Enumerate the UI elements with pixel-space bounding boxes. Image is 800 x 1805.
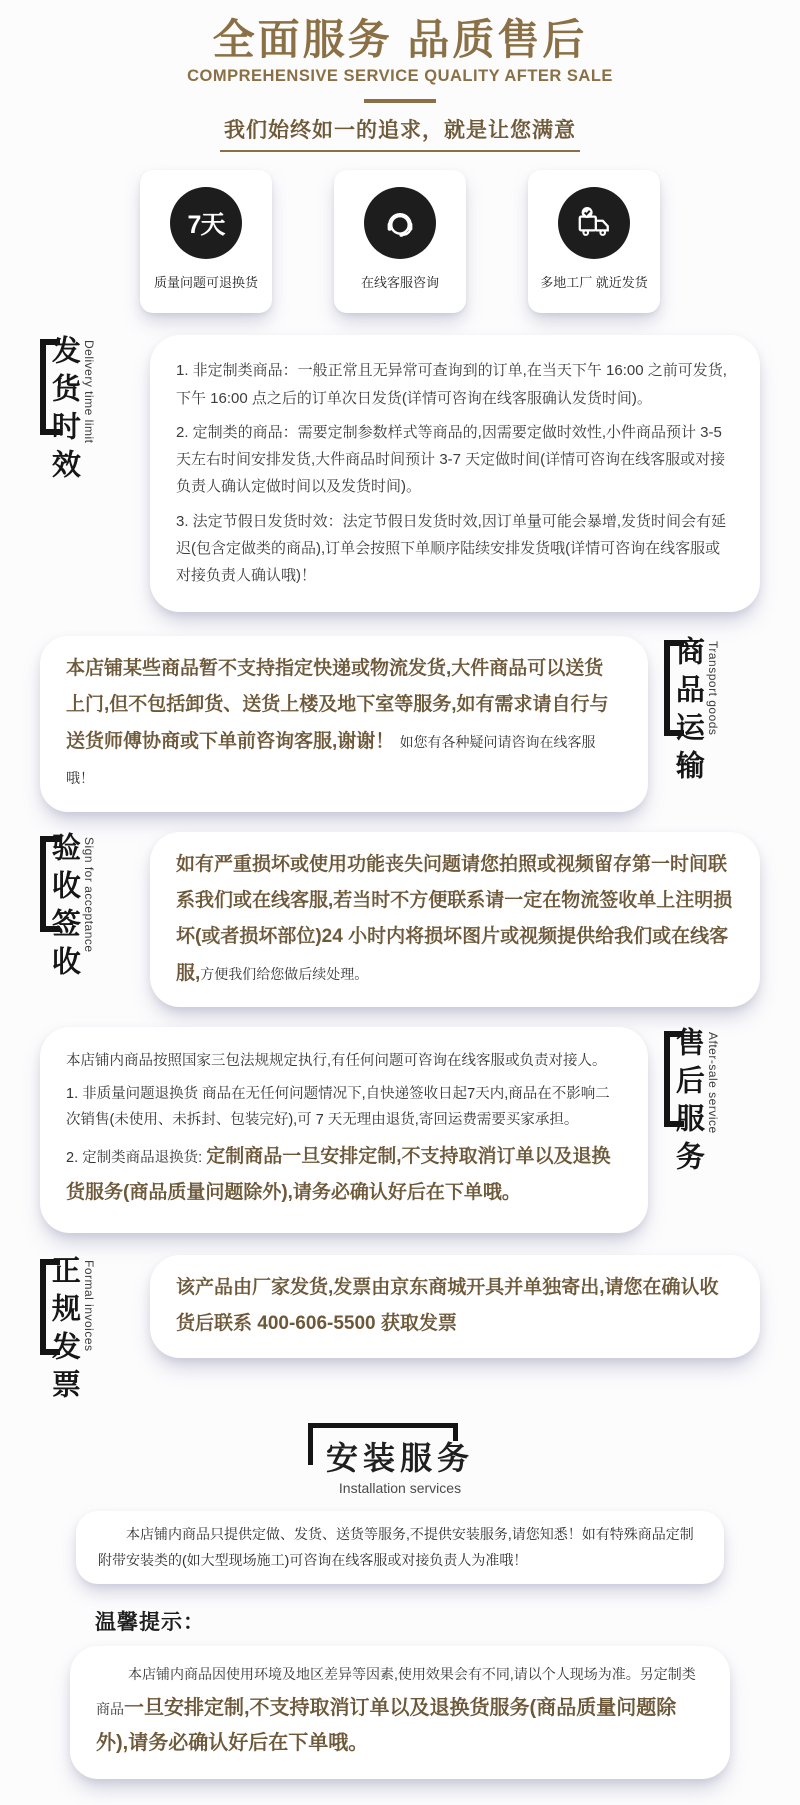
acceptance-bold-text: 如有严重损坏或使用功能丧失问题请您拍照或视频留存第一时间联系我们或在线客服,若当… <box>176 854 732 984</box>
section-aftersale: 本店铺内商品按照国家三包法规规定执行,有任何问题可咨询在线客服或负责对接人。 1… <box>0 1027 800 1232</box>
acceptance-card: 如有严重损坏或使用功能丧失问题请您拍照或视频留存第一时间联系我们或在线客服,若当… <box>150 832 760 1008</box>
acceptance-text: 如有严重损坏或使用功能丧失问题请您拍照或视频留存第一时间联系我们或在线客服,若当… <box>176 847 734 993</box>
section-title-en: Sign for acceptance <box>82 837 96 984</box>
transport-card: 本店铺某些商品暂不支持指定快递或物流发货,大件商品可以送货上门,但不包括卸货、送… <box>40 636 648 812</box>
section-acceptance: 验收签收 Sign for acceptance 如有严重损坏或使用功能丧失问题… <box>0 832 800 1008</box>
invoice-card: 该产品由厂家发货,发票由京东商城开具并单独寄出,请您在确认收货后联系 400-6… <box>150 1255 760 1358</box>
section-delivery-time: 发货时效 Delivery time limit 1. 非定制类商品：一般正常且… <box>0 335 800 611</box>
notice-card: 本店铺内商品因使用环境及地区差异等因素,使用效果会有不同,请以个人现场为准。另定… <box>70 1646 730 1778</box>
feature-cards: 7天 质量问题可退换货 在线客服咨询 <box>0 170 800 313</box>
section-title-invoice: 正规发票 Formal invoices <box>40 1255 136 1407</box>
section-title-cn: 正规发票 <box>47 1255 79 1407</box>
section-title-cn: 售后服务 <box>671 1027 703 1179</box>
invoice-text: 该产品由厂家发货,发票由京东商城开具并单独寄出,请您在确认收货后联系 400-6… <box>176 1270 734 1343</box>
installation-card: 本店铺内商品只提供定做、发货、送货等服务,不提供安装服务,请您知悉！如有特殊商品… <box>76 1511 724 1585</box>
section-title-cn: 验收签收 <box>47 832 79 984</box>
section-invoice: 正规发票 Formal invoices 该产品由厂家发货,发票由京东商城开具并… <box>0 1255 800 1407</box>
feature-label: 质量问题可退换货 <box>140 272 272 291</box>
gold-divider <box>364 99 436 103</box>
aftersale-p3-label: 2. 定制类商品退换货: <box>66 1150 206 1166</box>
section-title-delivery: 发货时效 Delivery time limit <box>40 335 136 487</box>
section-title-acceptance: 验收签收 Sign for acceptance <box>40 832 136 984</box>
section-title-en: After-sale service <box>706 1032 720 1179</box>
section-title-cn: 发货时效 <box>47 335 79 487</box>
notice-text: 本店铺内商品因使用环境及地区差异等因素,使用效果会有不同,请以个人现场为准。另定… <box>96 1660 704 1760</box>
transport-text: 本店铺某些商品暂不支持指定快递或物流发货,大件商品可以送货上门,但不包括卸货、送… <box>66 651 622 797</box>
truck-icon <box>558 187 630 259</box>
delivery-paragraph-1: 1. 非定制类商品：一般正常且无异常可查询到的订单,在当天下午 16:00 之前… <box>176 357 734 412</box>
delivery-card: 1. 非定制类商品：一般正常且无异常可查询到的订单,在当天下午 16:00 之前… <box>150 335 760 611</box>
delivery-paragraph-3: 3. 法定节假日发货时效：法定节假日发货时效,因订单量可能会暴增,发货时间会有延… <box>176 508 734 590</box>
section-title-transport: 商品运输 Transport goods <box>664 636 760 788</box>
section-title-cn: 商品运输 <box>671 636 703 788</box>
installation-text: 本店铺内商品只提供定做、发货、送货等服务,不提供安装服务,请您知悉！如有特殊商品… <box>98 1522 702 1574</box>
feature-card-return: 7天 质量问题可退换货 <box>140 170 272 313</box>
seven-days-text: 7天 <box>188 205 225 241</box>
installation-title-en: Installation services <box>0 1480 800 1496</box>
section-title-aftersale: 售后服务 After-sale service <box>664 1027 760 1179</box>
page-subtitle: COMPREHENSIVE SERVICE QUALITY AFTER SALE <box>0 67 800 86</box>
delivery-paragraph-2: 2. 定制类的商品：需要定制参数样式等商品的,因需要定做时效性,小件商品预计 3… <box>176 419 734 501</box>
service-promo-page: 全面服务 品质售后 COMPREHENSIVE SERVICE QUALITY … <box>0 0 800 1779</box>
feature-label: 多地工厂 就近发货 <box>528 272 660 291</box>
section-title-en: Delivery time limit <box>82 340 96 487</box>
seven-days-icon: 7天 <box>170 187 242 259</box>
headset-icon <box>364 187 436 259</box>
feature-label: 在线客服咨询 <box>334 272 466 291</box>
acceptance-note: 方便我们给您做后续处理。 <box>200 966 368 982</box>
installation-title-cn: 安装服务 <box>326 1433 474 1479</box>
feature-card-service: 在线客服咨询 <box>334 170 466 313</box>
installation-heading: 安装服务 Installation services <box>0 1427 800 1496</box>
section-title-en: Transport goods <box>706 641 720 788</box>
section-title-en: Formal invoices <box>82 1260 96 1407</box>
notice-heading: 温馨提示： <box>95 1606 800 1636</box>
feature-card-shipping: 多地工厂 就近发货 <box>528 170 660 313</box>
aftersale-paragraph-3: 2. 定制类商品退换货: 定制商品一旦安排定制,不支持取消订单以及退换货服务(商… <box>66 1139 622 1212</box>
aftersale-paragraph-1: 本店铺内商品按照国家三包法规规定执行,有任何问题可咨询在线客服或负责对接人。 <box>66 1048 622 1074</box>
section-transport: 本店铺某些商品暂不支持指定快递或物流发货,大件商品可以送货上门,但不包括卸货、送… <box>0 636 800 812</box>
notice-bold-text: 一旦安排定制,不支持取消订单以及退换货服务(商品质量问题除外),请务必确认好后在… <box>96 1697 676 1754</box>
aftersale-paragraph-2: 1. 非质量问题退换货 商品在无任何问题情况下,自快递签收日起7天内,商品在不影… <box>66 1081 622 1133</box>
page-header: 全面服务 品质售后 COMPREHENSIVE SERVICE QUALITY … <box>0 16 800 152</box>
bracket-decoration <box>308 1423 458 1428</box>
tagline: 我们始终如一的追求，就是让您满意 <box>220 114 580 152</box>
aftersale-card: 本店铺内商品按照国家三包法规规定执行,有任何问题可咨询在线客服或负责对接人。 1… <box>40 1027 648 1232</box>
page-title: 全面服务 品质售后 <box>0 16 800 64</box>
